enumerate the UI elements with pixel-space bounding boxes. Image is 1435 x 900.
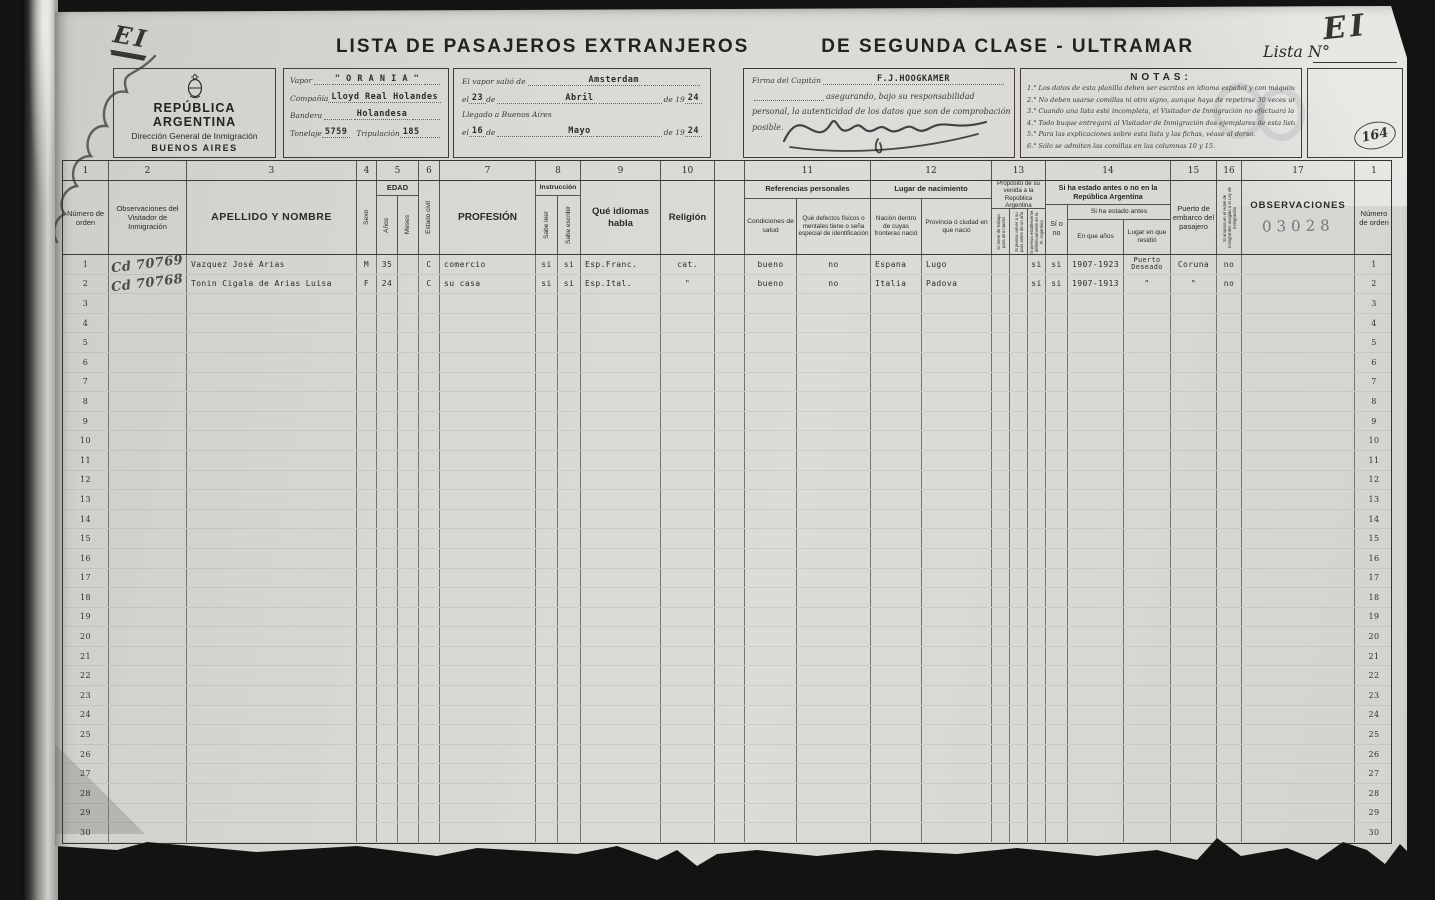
- cell-provincia: [922, 569, 992, 588]
- cell-p3: [1028, 510, 1046, 529]
- cell-p3: [1028, 333, 1046, 352]
- cell-estuvo: [1046, 333, 1068, 352]
- cell-puerto: [1171, 764, 1217, 783]
- cell-name: [187, 392, 357, 411]
- cell-lugar_residio: [1124, 725, 1171, 744]
- column-number: 9: [581, 161, 661, 180]
- cell-p1: [992, 784, 1010, 803]
- cell-nacion: [871, 431, 922, 450]
- cell-provincia: [922, 490, 992, 509]
- header-lugar-residio: Lugar en que residió: [1124, 220, 1171, 254]
- cell-extra: [715, 529, 745, 548]
- cell-hotel: [1217, 471, 1242, 490]
- cell-name: [187, 823, 357, 842]
- cell-sexo: [357, 647, 377, 666]
- dotted-line: [425, 129, 440, 138]
- cell-salud: [745, 784, 797, 803]
- cell-p1: [992, 412, 1010, 431]
- cell-n2: 1: [1355, 255, 1393, 274]
- cell-nacion: [871, 451, 922, 470]
- cell-lugar_residio: [1124, 549, 1171, 568]
- header-estado-civil: Estado civil: [419, 181, 440, 254]
- cell-salud: bueno: [745, 275, 797, 294]
- cell-sexo: [357, 412, 377, 431]
- handwritten-observation: Cd 70768: [111, 272, 185, 296]
- header-profesion: PROFESIÓN: [440, 181, 536, 254]
- cell-nacion: [871, 764, 922, 783]
- cell-hotel: no: [1217, 255, 1242, 274]
- cell-obs: [109, 490, 187, 509]
- cell-estuvo: [1046, 392, 1068, 411]
- cell-puerto: [1171, 569, 1217, 588]
- cell-profesion: [440, 823, 536, 842]
- cell-sexo: [357, 333, 377, 352]
- cell-p3: [1028, 431, 1046, 450]
- cell-obs17: [1242, 275, 1355, 294]
- dotted-line: [599, 95, 662, 104]
- cell-name: [187, 706, 357, 725]
- header-meses: Meses: [398, 196, 419, 254]
- cell-provincia: [922, 666, 992, 685]
- cell-defectos: [797, 627, 871, 646]
- cell-obs: [109, 353, 187, 372]
- cell-provincia: [922, 294, 992, 313]
- cell-p3: [1028, 549, 1046, 568]
- cell-n2: 27: [1355, 764, 1393, 783]
- cell-n: 28: [63, 784, 109, 803]
- cell-obs: [109, 549, 187, 568]
- cell-meses: [398, 666, 419, 685]
- cell-idiomas: [581, 608, 661, 627]
- cell-idiomas: [581, 549, 661, 568]
- cell-sexo: [357, 353, 377, 372]
- cell-obs17: [1242, 627, 1355, 646]
- column-number: 7: [440, 161, 536, 180]
- cell-p2: [1010, 333, 1028, 352]
- cell-p3: [1028, 471, 1046, 490]
- cell-obs17: [1242, 392, 1355, 411]
- cell-nacion: [871, 627, 922, 646]
- cell-n2: 9: [1355, 412, 1393, 431]
- dotted-line: [823, 76, 872, 85]
- header-sexo: Sexo: [357, 181, 377, 254]
- cell-meses: [398, 725, 419, 744]
- cell-meses: [398, 333, 419, 352]
- header-anos: Años: [377, 196, 398, 254]
- table-row: 2121: [63, 647, 1391, 667]
- cell-meses: [398, 412, 419, 431]
- column-number-strip: 12345678910111213141516171: [63, 161, 1391, 181]
- cell-provincia: [922, 314, 992, 333]
- cell-estuvo: si: [1046, 275, 1068, 294]
- header-idiomas: Qué idiomas habla: [581, 181, 661, 254]
- cell-lee: [536, 490, 558, 509]
- cell-defectos: [797, 706, 871, 725]
- cell-n: 8: [63, 392, 109, 411]
- cell-extra: [715, 255, 745, 274]
- cell-idiomas: [581, 392, 661, 411]
- cell-p1: [992, 549, 1010, 568]
- cell-defectos: [797, 745, 871, 764]
- cell-escribe: [558, 647, 581, 666]
- cell-p2: [1010, 275, 1028, 294]
- cell-lugar_residio: [1124, 451, 1171, 470]
- cell-defectos: [797, 588, 871, 607]
- cell-meses: [398, 294, 419, 313]
- table-row: 2727: [63, 764, 1391, 784]
- cell-extra: [715, 392, 745, 411]
- cell-lee: [536, 333, 558, 352]
- cell-n: 11: [63, 451, 109, 470]
- cell-profesion: [440, 314, 536, 333]
- cell-profesion: [440, 608, 536, 627]
- lista-number-label: Lista N°: [1263, 42, 1330, 61]
- cell-religion: cat.: [661, 255, 715, 274]
- cell-religion: [661, 823, 715, 842]
- title-right: DE SEGUNDA CLASE - ULTRAMAR: [821, 36, 1194, 58]
- cell-p3: [1028, 725, 1046, 744]
- column-number: 8: [536, 161, 581, 180]
- llegada-label: Llegado a Buenos Aires: [462, 110, 552, 119]
- cell-extra: [715, 666, 745, 685]
- cell-salud: [745, 392, 797, 411]
- corner-number-box: 164: [1307, 68, 1403, 158]
- cell-anos_estuvo: [1068, 510, 1124, 529]
- cell-p3: [1028, 686, 1046, 705]
- table-row: 1515: [63, 529, 1391, 549]
- cell-n: 10: [63, 431, 109, 450]
- cell-meses: [398, 314, 419, 333]
- cell-escribe: [558, 431, 581, 450]
- cell-hotel: [1217, 373, 1242, 392]
- cell-hotel: [1217, 725, 1242, 744]
- cell-n2: 10: [1355, 431, 1393, 450]
- header-si-o-no: Sí o no: [1046, 205, 1068, 254]
- table-row: 1616: [63, 549, 1391, 569]
- cell-nacion: Italia: [871, 275, 922, 294]
- cell-p1: [992, 333, 1010, 352]
- cell-extra: [715, 686, 745, 705]
- cell-lugar_residio: [1124, 412, 1171, 431]
- cell-idiomas: [581, 314, 661, 333]
- cell-n: 19: [63, 608, 109, 627]
- cell-hotel: [1217, 764, 1242, 783]
- cell-p2: [1010, 255, 1028, 274]
- cell-name: [187, 431, 357, 450]
- cell-n: 23: [63, 686, 109, 705]
- cell-estado: [419, 784, 440, 803]
- cell-sexo: [357, 608, 377, 627]
- dotted-line: [497, 128, 563, 137]
- cell-escribe: [558, 333, 581, 352]
- cell-lee: [536, 569, 558, 588]
- cell-escribe: [558, 549, 581, 568]
- cell-sexo: [357, 745, 377, 764]
- cell-nacion: [871, 647, 922, 666]
- cell-obs: [109, 569, 187, 588]
- cell-anos: [377, 784, 398, 803]
- vapor-value: " O R A N I A ": [332, 74, 422, 85]
- cell-puerto: [1171, 373, 1217, 392]
- cell-profesion: [440, 529, 536, 548]
- cell-profesion: [440, 804, 536, 823]
- cell-n: 1: [63, 255, 109, 274]
- cell-anos_estuvo: [1068, 804, 1124, 823]
- cell-extra: [715, 412, 745, 431]
- cell-obs: [109, 431, 187, 450]
- cell-p1: [992, 471, 1010, 490]
- cell-extra: [715, 725, 745, 744]
- cell-defectos: [797, 686, 871, 705]
- header-hotel-inmigrantes: Si ampara en el Hotel de Inmigrantes aco…: [1217, 181, 1242, 254]
- salio-ano: 24: [685, 93, 702, 104]
- cell-provincia: [922, 784, 992, 803]
- cell-profesion: comercio: [440, 255, 536, 274]
- cell-estuvo: [1046, 804, 1068, 823]
- firma-label: Firma del Capitán: [752, 76, 821, 85]
- cell-lee: [536, 686, 558, 705]
- table-row: 1818: [63, 588, 1391, 608]
- cell-name: Vazquez José Arias: [187, 255, 357, 274]
- cell-puerto: [1171, 392, 1217, 411]
- cell-provincia: [922, 373, 992, 392]
- cell-name: [187, 569, 357, 588]
- cell-sexo: [357, 823, 377, 842]
- table-row: 99: [63, 412, 1391, 432]
- cell-n2: 26: [1355, 745, 1393, 764]
- cell-obs: [109, 588, 187, 607]
- cell-name: [187, 588, 357, 607]
- table-row: 88: [63, 392, 1391, 412]
- cell-anos: [377, 490, 398, 509]
- cell-sexo: [357, 392, 377, 411]
- cell-nacion: [871, 549, 922, 568]
- cell-meses: [398, 549, 419, 568]
- cell-lee: [536, 666, 558, 685]
- cell-estado: [419, 392, 440, 411]
- table-row: 1212: [63, 471, 1391, 491]
- cell-estado: [419, 764, 440, 783]
- cell-nacion: [871, 294, 922, 313]
- cell-hotel: [1217, 529, 1242, 548]
- cell-n2: 12: [1355, 471, 1393, 490]
- dotted-line: [412, 111, 440, 120]
- cell-anos_estuvo: [1068, 529, 1124, 548]
- cell-lugar_residio: [1124, 745, 1171, 764]
- cell-hotel: [1217, 569, 1242, 588]
- document-title: LISTA DE PASAJEROS EXTRANJEROS DE SEGUND…: [375, 36, 1155, 58]
- cell-p2: [1010, 666, 1028, 685]
- cell-nacion: [871, 745, 922, 764]
- cell-estado: [419, 490, 440, 509]
- cell-idiomas: [581, 823, 661, 842]
- cell-religion: [661, 745, 715, 764]
- cell-anos: [377, 627, 398, 646]
- cell-n2: 21: [1355, 647, 1393, 666]
- table-row: 1010: [63, 431, 1391, 451]
- column-number: 14: [1046, 161, 1171, 180]
- cell-lee: [536, 392, 558, 411]
- cell-p3: [1028, 588, 1046, 607]
- cell-religion: [661, 647, 715, 666]
- cell-extra: [715, 451, 745, 470]
- cell-obs: [109, 529, 187, 548]
- cell-estuvo: [1046, 764, 1068, 783]
- dotted-line: [644, 77, 700, 86]
- cell-p2: [1010, 627, 1028, 646]
- cell-sexo: [357, 666, 377, 685]
- cell-lugar_residio: ": [1124, 275, 1171, 294]
- cell-provincia: [922, 333, 992, 352]
- cell-lugar_residio: [1124, 490, 1171, 509]
- cell-anos: [377, 549, 398, 568]
- cell-p1: [992, 314, 1010, 333]
- column-number: 13: [992, 161, 1046, 180]
- cell-extra: [715, 490, 745, 509]
- cell-provincia: [922, 725, 992, 744]
- cell-puerto: [1171, 294, 1217, 313]
- cell-name: [187, 745, 357, 764]
- cell-obs17: [1242, 647, 1355, 666]
- cell-escribe: [558, 823, 581, 842]
- cell-religion: [661, 608, 715, 627]
- cell-idiomas: Esp.Ital.: [581, 275, 661, 294]
- cell-lee: si: [536, 275, 558, 294]
- table-row: 1111: [63, 451, 1391, 471]
- cell-n: 5: [63, 333, 109, 352]
- cell-n2: 16: [1355, 549, 1393, 568]
- cell-nacion: [871, 353, 922, 372]
- cell-escribe: [558, 529, 581, 548]
- cell-sexo: [357, 549, 377, 568]
- cell-n: 24: [63, 706, 109, 725]
- cell-anos_estuvo: [1068, 490, 1124, 509]
- cell-salud: bueno: [745, 255, 797, 274]
- cell-n2: 30: [1355, 823, 1393, 842]
- cell-profesion: [440, 686, 536, 705]
- column-number: 17: [1242, 161, 1355, 180]
- cell-p3: [1028, 392, 1046, 411]
- cell-p1: [992, 255, 1010, 274]
- cell-profesion: [440, 471, 536, 490]
- cell-lee: [536, 510, 558, 529]
- cell-p1: [992, 569, 1010, 588]
- cell-name: [187, 666, 357, 685]
- header-nacion: Nación dentro de cuyas fronteras nació: [871, 199, 922, 254]
- cell-meses: [398, 745, 419, 764]
- cell-estuvo: [1046, 647, 1068, 666]
- header-proposito-3: Si piensa establecerse definitivamente e…: [1028, 209, 1046, 255]
- cell-religion: [661, 569, 715, 588]
- cell-n2: 29: [1355, 804, 1393, 823]
- column-number: 1: [1355, 161, 1393, 180]
- cell-obs17: [1242, 510, 1355, 529]
- cell-p1: [992, 647, 1010, 666]
- cell-provincia: [922, 510, 992, 529]
- cell-n2: 22: [1355, 666, 1393, 685]
- cell-lee: [536, 294, 558, 313]
- cell-profesion: [440, 294, 536, 313]
- cell-escribe: [558, 706, 581, 725]
- cell-defectos: [797, 529, 871, 548]
- cell-obs17: [1242, 294, 1355, 313]
- cell-defectos: [797, 823, 871, 842]
- cell-obs: Cd 70769: [109, 255, 187, 274]
- el-label: el: [462, 95, 469, 104]
- cell-anos_estuvo: [1068, 431, 1124, 450]
- cell-n: 6: [63, 353, 109, 372]
- header-group-ha-estado: Si ha estado antes En que años Lugar en …: [1068, 205, 1171, 254]
- cell-estado: [419, 529, 440, 548]
- cell-p1: [992, 588, 1010, 607]
- cell-obs: [109, 451, 187, 470]
- cell-p2: [1010, 823, 1028, 842]
- salio-label: El vapor salió de: [462, 77, 526, 86]
- cell-lugar_residio: [1124, 471, 1171, 490]
- cell-estado: [419, 745, 440, 764]
- table-row: 2626: [63, 745, 1391, 765]
- llegada-ano: 24: [685, 126, 702, 137]
- cell-p3: [1028, 314, 1046, 333]
- cell-lee: [536, 725, 558, 744]
- cell-sexo: F: [357, 275, 377, 294]
- cell-p2: [1010, 529, 1028, 548]
- cell-obs17: [1242, 784, 1355, 803]
- cell-anos_estuvo: [1068, 333, 1124, 352]
- cell-puerto: [1171, 686, 1217, 705]
- cell-obs: [109, 666, 187, 685]
- cell-meses: [398, 431, 419, 450]
- cell-estado: [419, 333, 440, 352]
- cell-puerto: ": [1171, 275, 1217, 294]
- cell-puerto: [1171, 471, 1217, 490]
- cell-obs17: [1242, 666, 1355, 685]
- cell-n: 9: [63, 412, 109, 431]
- cell-p1: [992, 510, 1010, 529]
- cell-religion: [661, 373, 715, 392]
- cell-idiomas: [581, 510, 661, 529]
- cell-religion: [661, 764, 715, 783]
- cell-salud: [745, 353, 797, 372]
- dotted-line: [424, 76, 440, 85]
- cell-escribe: [558, 373, 581, 392]
- dotted-line: [596, 128, 662, 137]
- cell-meses: [398, 764, 419, 783]
- cell-anos: [377, 569, 398, 588]
- cell-p1: [992, 706, 1010, 725]
- cell-defectos: [797, 725, 871, 744]
- cell-anos: [377, 392, 398, 411]
- cell-sexo: [357, 569, 377, 588]
- cell-anos_estuvo: [1068, 353, 1124, 372]
- cell-puerto: [1171, 666, 1217, 685]
- cell-hotel: [1217, 294, 1242, 313]
- cell-hotel: [1217, 823, 1242, 842]
- cell-estuvo: [1046, 412, 1068, 431]
- cell-anos_estuvo: 1907-1923: [1068, 255, 1124, 274]
- cell-estado: [419, 451, 440, 470]
- cell-sexo: [357, 627, 377, 646]
- column-number: 4: [357, 161, 377, 180]
- cell-obs: Cd 70768: [109, 275, 187, 294]
- cell-estuvo: [1046, 451, 1068, 470]
- cell-puerto: [1171, 431, 1217, 450]
- cell-defectos: [797, 451, 871, 470]
- header-condiciones-salud: Condiciones de salud: [745, 199, 797, 254]
- cell-lee: [536, 431, 558, 450]
- cell-name: [187, 412, 357, 431]
- cell-n: 4: [63, 314, 109, 333]
